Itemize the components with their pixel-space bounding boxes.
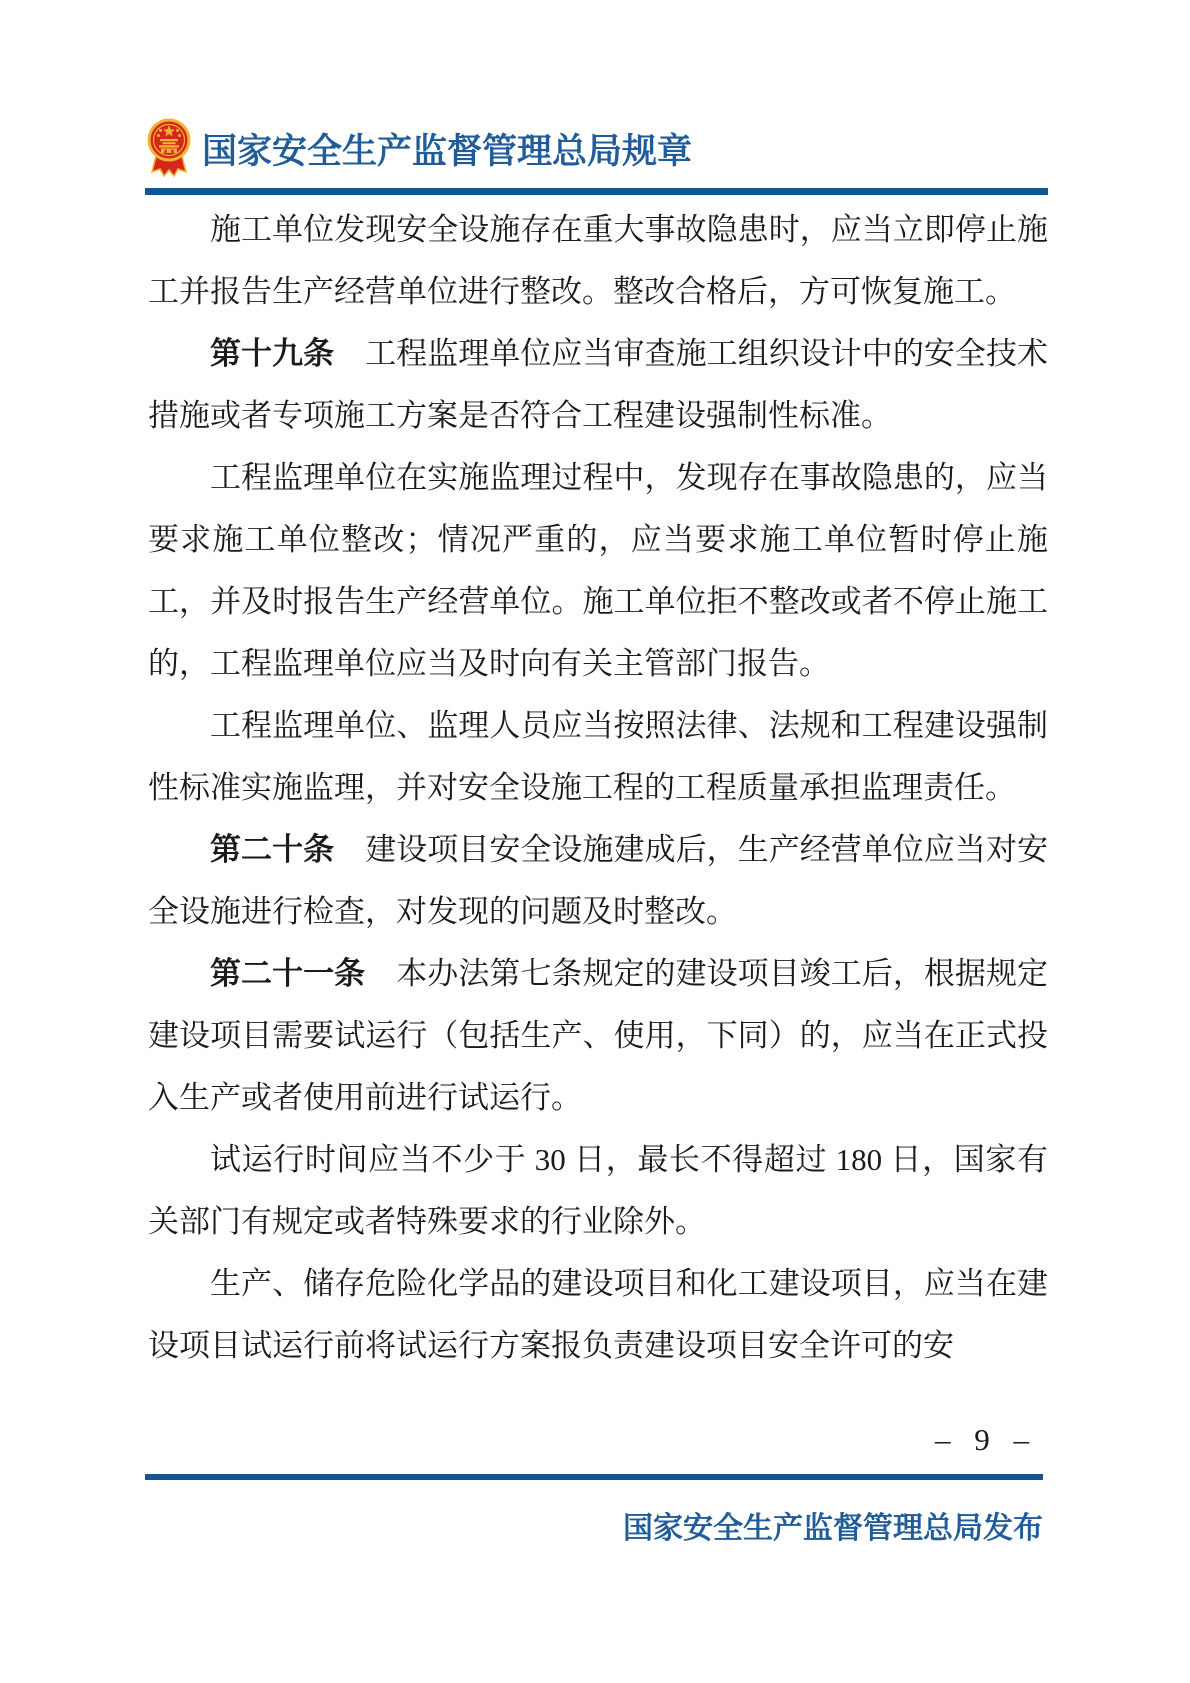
header-rule	[145, 188, 1048, 195]
paragraph-text: 试运行时间应当不少于 30 日，最长不得超过 180 日，国家有关部门有规定或者…	[148, 1142, 1048, 1239]
document-body: 施工单位发现安全设施存在重大事故隐患时，应当立即停止施工并报告生产经营单位进行整…	[148, 199, 1048, 1377]
footer-publisher: 国家安全生产监督管理总局发布	[623, 1503, 1043, 1547]
article-number: 第二十条	[210, 832, 334, 867]
body-paragraph: 第二十条 建设项目安全设施建成后，生产经营单位应当对安全设施进行检查，对发现的问…	[148, 819, 1048, 943]
body-paragraph: 第二十一条 本办法第七条规定的建设项目竣工后，根据规定建设项目需要试运行（包括生…	[148, 943, 1048, 1129]
body-paragraph: 生产、储存危险化学品的建设项目和化工建设项目，应当在建设项目试运行前将试运行方案…	[148, 1253, 1048, 1377]
body-paragraph: 工程监理单位在实施监理过程中，发现存在事故隐患的，应当要求施工单位整改；情况严重…	[148, 447, 1048, 695]
article-number: 第二十一条	[210, 956, 365, 991]
article-number: 第十九条	[210, 336, 334, 371]
national-emblem-icon	[146, 118, 192, 180]
page-title: 国家安全生产监督管理总局规章	[202, 124, 692, 174]
page-header: 国家安全生产监督管理总局规章	[146, 118, 692, 180]
paragraph-text: 生产、储存危险化学品的建设项目和化工建设项目，应当在建设项目试运行前将试运行方案…	[148, 1266, 1048, 1363]
paragraph-text: 施工单位发现安全设施存在重大事故隐患时，应当立即停止施工并报告生产经营单位进行整…	[148, 212, 1048, 309]
paragraph-text: 工程监理单位在实施监理过程中，发现存在事故隐患的，应当要求施工单位整改；情况严重…	[148, 460, 1048, 681]
page-number: – 9 –	[935, 1422, 1037, 1458]
body-paragraph: 第十九条 工程监理单位应当审查施工组织设计中的安全技术措施或者专项施工方案是否符…	[148, 323, 1048, 447]
document-page: 国家安全生产监督管理总局规章 施工单位发现安全设施存在重大事故隐患时，应当立即停…	[0, 0, 1190, 1683]
body-paragraph: 试运行时间应当不少于 30 日，最长不得超过 180 日，国家有关部门有规定或者…	[148, 1129, 1048, 1253]
body-paragraph: 工程监理单位、监理人员应当按照法律、法规和工程建设强制性标准实施监理，并对安全设…	[148, 695, 1048, 819]
footer-rule	[145, 1474, 1043, 1480]
paragraph-text: 工程监理单位、监理人员应当按照法律、法规和工程建设强制性标准实施监理，并对安全设…	[148, 708, 1048, 805]
body-paragraph: 施工单位发现安全设施存在重大事故隐患时，应当立即停止施工并报告生产经营单位进行整…	[148, 199, 1048, 323]
